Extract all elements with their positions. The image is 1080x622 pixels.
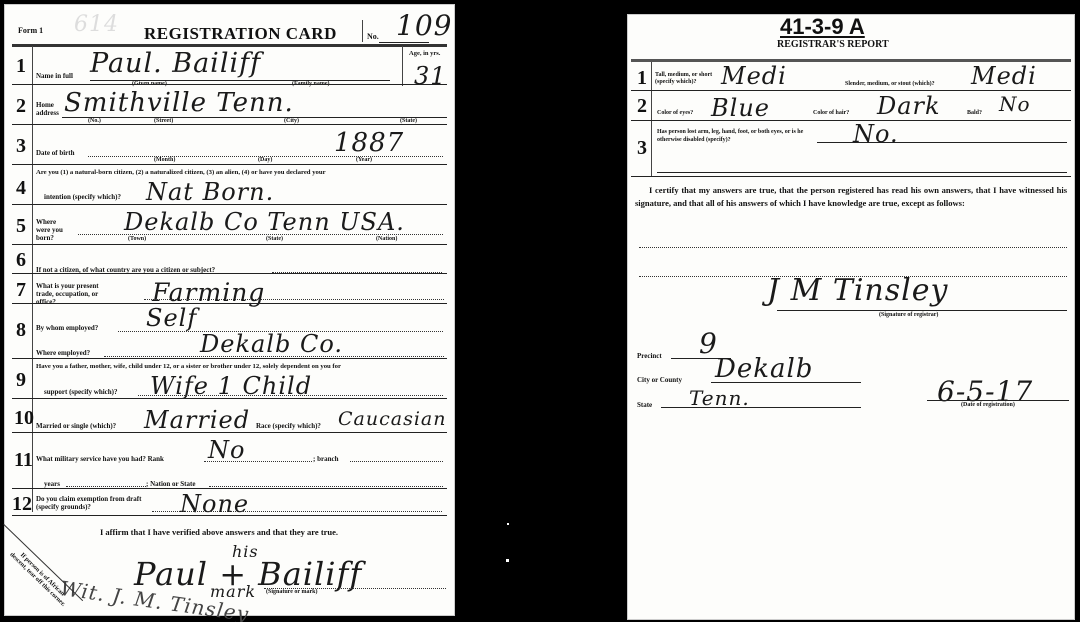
row-number: 1	[16, 56, 26, 76]
name-value: Paul. Bailiff	[90, 50, 261, 77]
divider	[927, 400, 1069, 401]
scan-speck	[506, 559, 509, 562]
divider	[104, 356, 444, 357]
report-stamp: 41-3-9 A	[780, 14, 865, 40]
birthplace-value: Dekalb Co Tenn USA.	[124, 210, 405, 234]
citizenship-question: Are you (1) a natural-born citizen, (2) …	[36, 169, 326, 177]
divider	[711, 382, 861, 383]
birthplace-label: Where were you born?	[36, 218, 72, 242]
dob-value: 1887	[334, 130, 404, 156]
divider	[12, 44, 447, 47]
row-number: 10	[14, 408, 34, 428]
affirmation-text: I affirm that I have verified above answ…	[100, 528, 338, 536]
work-location-value: Dekalb Co.	[200, 332, 343, 356]
card-title: REGISTRATION CARD	[144, 24, 337, 44]
divider	[379, 42, 429, 43]
row-number: 3	[16, 136, 26, 156]
sublabel: (Nation)	[376, 236, 397, 242]
divider	[657, 172, 1067, 173]
dependents-label: support (specify which)?	[44, 388, 118, 396]
bald-label: Bald?	[967, 109, 982, 117]
branch-label: ; branch	[313, 455, 338, 463]
row-number: 5	[16, 216, 26, 236]
registration-card: Form 1 614 REGISTRATION CARD No. 109 1 N…	[4, 4, 455, 616]
state-label: State	[637, 401, 652, 409]
margin-rule	[651, 62, 652, 176]
citizenship-label: intention (specify which)?	[44, 193, 121, 201]
nation-label: ; Nation or State	[146, 480, 195, 488]
years-label: years	[44, 480, 60, 488]
certification-text: I certify that my answers are true, that…	[635, 184, 1067, 210]
sublabel: (Year)	[356, 157, 372, 163]
divider	[152, 511, 442, 512]
divider	[402, 46, 403, 86]
city-county-value: Dekalb	[715, 356, 813, 382]
divider	[631, 120, 1071, 121]
divider	[362, 20, 363, 42]
disability-value: No.	[853, 122, 899, 146]
row-number: 8	[16, 320, 26, 340]
state-value: Tenn.	[689, 388, 750, 408]
divider	[12, 124, 447, 125]
divider	[12, 398, 447, 399]
marital-label: Married or single (which)?	[36, 422, 116, 430]
divider	[138, 395, 443, 396]
address-value: Smithville Tenn.	[64, 90, 294, 116]
military-rank-value: No	[208, 438, 245, 462]
divider	[78, 234, 443, 235]
faint-stamp: 614	[74, 14, 119, 36]
bald-value: No	[999, 94, 1031, 114]
row-number: 2	[637, 96, 647, 116]
divider	[12, 244, 447, 245]
name-label: Name in full	[36, 72, 73, 80]
divider	[12, 358, 447, 359]
eye-color-value: Blue	[711, 96, 770, 120]
address-label: Home address	[36, 101, 60, 117]
height-label: Tall, medium, or short (specify which)?	[655, 72, 721, 86]
form-label: Form 1	[18, 27, 43, 35]
hair-color-label: Color of hair?	[813, 109, 849, 117]
build-value: Medi	[971, 64, 1037, 88]
divider	[62, 117, 447, 118]
row-number: 7	[16, 280, 26, 300]
dob-label: Date of birth	[36, 149, 75, 157]
row-number: 6	[16, 250, 26, 270]
height-value: Medi	[721, 64, 787, 88]
occupation-value: Farming	[152, 280, 265, 305]
signature-caption: (Signature or mark)	[266, 589, 317, 595]
race-label: Race (specify which)?	[256, 422, 321, 430]
row-number: 12	[12, 494, 32, 514]
scan-speck	[507, 523, 509, 525]
sublabel: (State)	[266, 236, 283, 242]
registrars-report-card: 41-3-9 A REGISTRAR'S REPORT 1 Tall, medi…	[627, 14, 1075, 620]
registrar-signature: J M Tinsley	[767, 276, 948, 306]
margin-rule	[32, 46, 33, 512]
citizenship-value: Nat Born.	[146, 180, 274, 204]
row-number: 4	[16, 178, 26, 198]
divider	[12, 164, 447, 165]
build-label: Slender, medium, or stout (which)?	[845, 80, 935, 88]
row-number: 3	[637, 138, 647, 158]
registrar-caption: (Signature of registrar)	[879, 312, 938, 318]
age-label: Age, in yrs.	[409, 50, 440, 58]
employer-label: By whom employed?	[36, 324, 98, 332]
precinct-label: Precinct	[637, 352, 662, 360]
row-number: 11	[14, 450, 33, 470]
exemption-value: None	[180, 492, 249, 516]
divider	[12, 204, 447, 205]
row-number: 9	[16, 370, 26, 390]
row-number: 2	[16, 96, 26, 116]
marital-value: Married	[144, 408, 250, 432]
military-label: What military service have you had? Rank	[36, 455, 164, 463]
divider	[66, 486, 146, 487]
divider	[631, 90, 1071, 91]
disability-label: Has person lost arm, leg, hand, foot, or…	[657, 128, 827, 144]
number-label: No.	[367, 33, 379, 41]
row-number: 1	[637, 68, 647, 88]
divider	[661, 407, 861, 408]
divider	[777, 310, 1067, 311]
report-title: REGISTRAR'S REPORT	[777, 39, 889, 50]
divider	[12, 432, 447, 433]
dependents-question: Have you a father, mother, wife, child u…	[36, 363, 341, 371]
divider	[631, 176, 1071, 177]
divider	[350, 461, 443, 462]
registration-date-caption: (Date of registration)	[961, 402, 1015, 408]
hair-color-value: Dark	[877, 94, 941, 118]
divider	[209, 486, 443, 487]
divider	[12, 515, 447, 516]
work-location-label: Where employed?	[36, 349, 90, 357]
divider	[12, 84, 447, 85]
divider	[144, 299, 444, 300]
divider	[639, 247, 1067, 248]
divider	[12, 303, 447, 304]
sublabel: (Day)	[258, 157, 272, 163]
card-number: 109	[396, 12, 452, 40]
exemption-label: Do you claim exemption from draft (speci…	[36, 495, 146, 511]
city-county-label: City or County	[637, 376, 682, 384]
divider	[12, 488, 447, 489]
race-value: Caucasian	[338, 410, 446, 429]
sublabel: (Month)	[154, 157, 175, 163]
sublabel: (Town)	[128, 236, 146, 242]
employer-value: Self	[146, 306, 197, 330]
divider	[12, 273, 447, 274]
eye-color-label: Color of eyes?	[657, 109, 693, 117]
